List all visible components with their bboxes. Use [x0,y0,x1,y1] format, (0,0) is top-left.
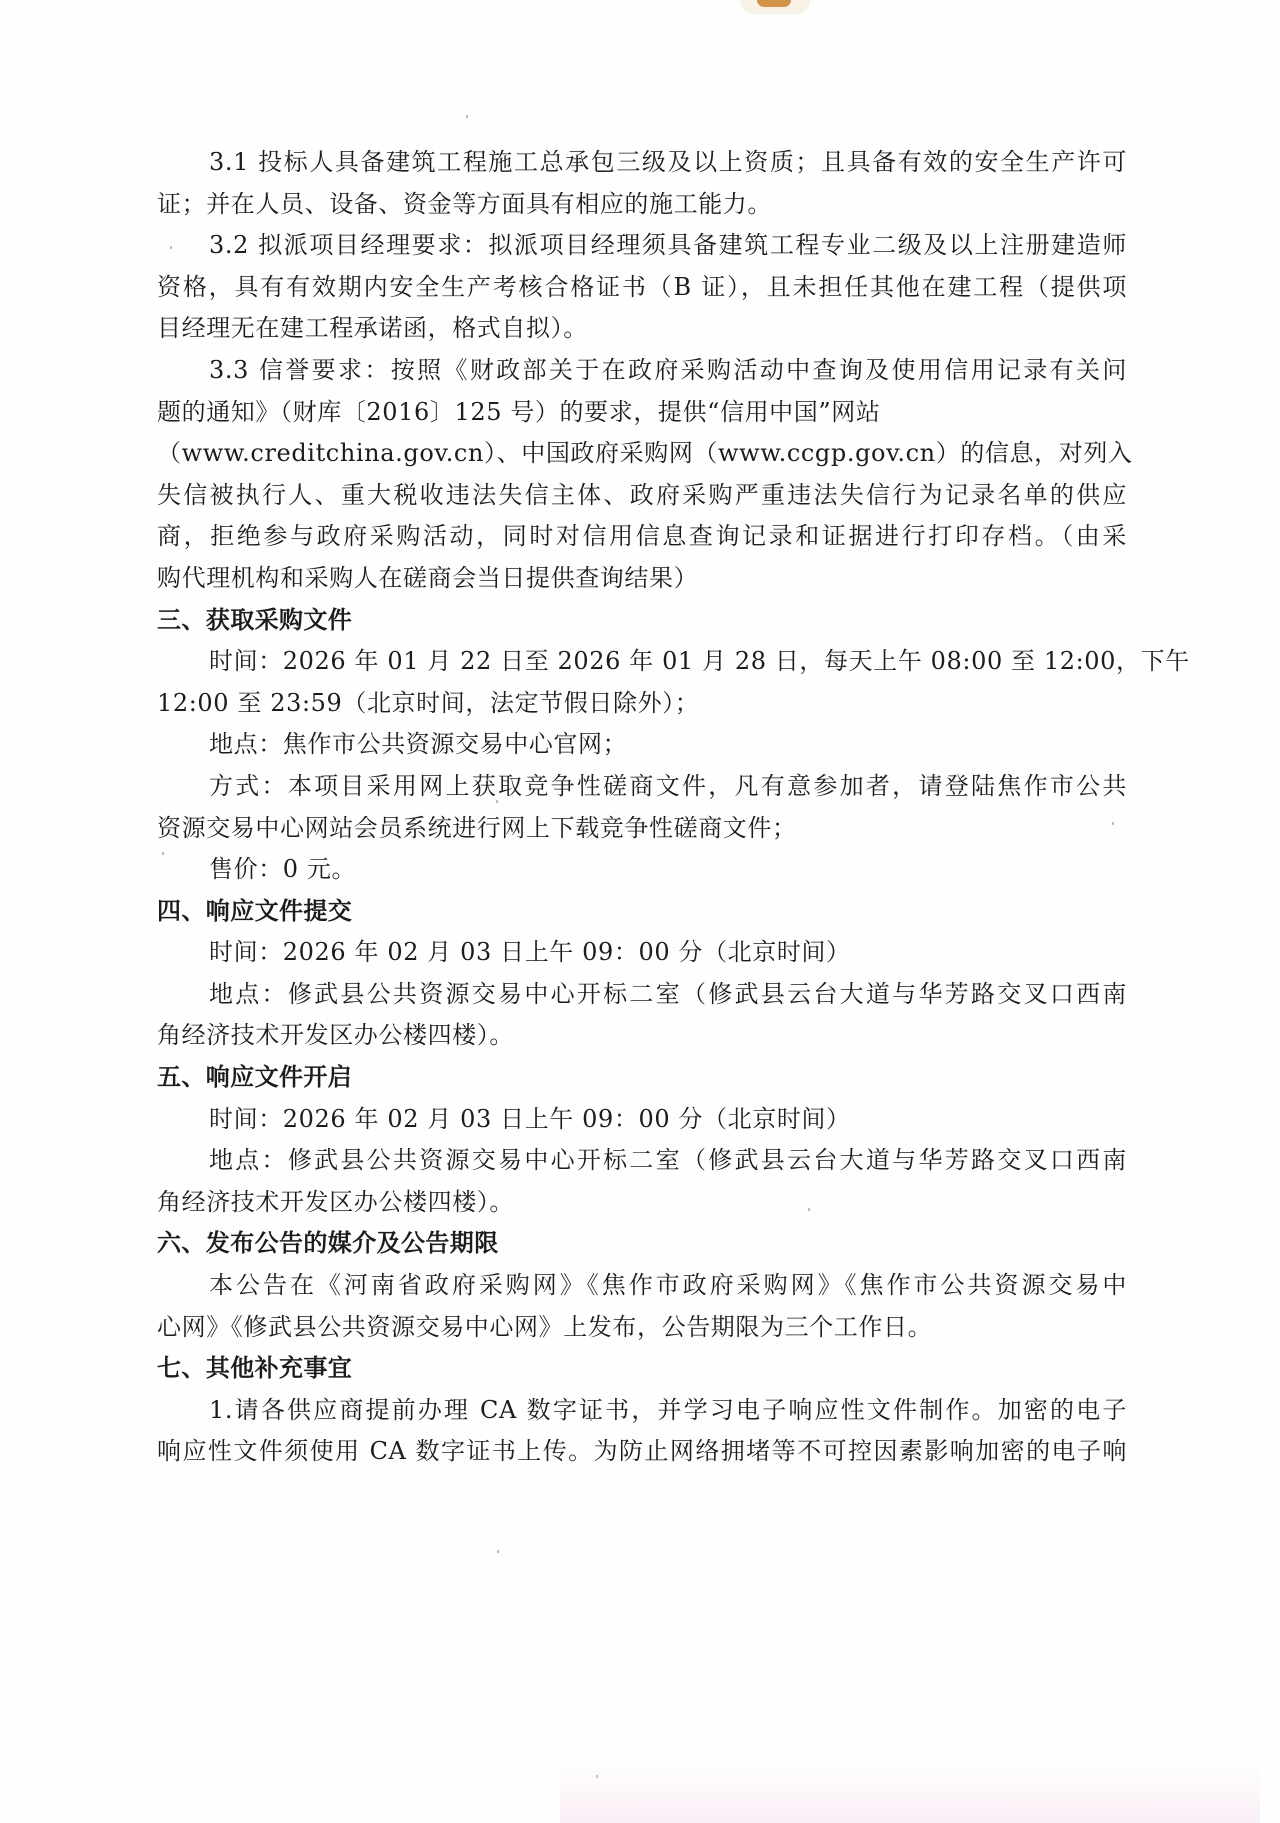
obtain-time-line-2: 12:00 至 23:59（北京时间，法定节假日除外）； [157,683,1127,725]
opening-location-line-2: 角经济技术开发区办公楼四楼）。 [157,1182,1127,1224]
paragraph-3-3-line-4: 失信被执行人、重大税收违法失信主体、政府采购严重违法失信行为记录名单的供应 [157,475,1127,517]
paragraph-3-3-line-1: 3.3 信誉要求：按照《财政部关于在政府采购活动中查询及使用信用记录有关问 [157,350,1127,392]
paragraph-3-3-line-6: 购代理机构和采购人在磋商会当日提供查询结果） [157,558,1127,600]
scan-speck [590,1418,592,1421]
paragraph-3-2-line-3: 目经理无在建工程承诺函，格式自拟）。 [157,308,1127,350]
scan-speck [808,1208,810,1211]
opening-location-line-1: 地点：修武县公共资源交易中心开标二室（修武县云台大道与华芳路交叉口西南 [157,1140,1127,1182]
scanned-page: 3.1 投标人具备建筑工程施工总承包三级及以上资质；且具备有效的安全生产许可 证… [0,0,1280,1823]
section-heading-5: 五、响应文件开启 [157,1057,1127,1099]
supplement-1-line-1: 1.请各供应商提前办理 CA 数字证书，并学习电子响应性文件制作。加密的电子 [157,1390,1127,1432]
supplement-1-line-2: 响应性文件须使用 CA 数字证书上传。为防止网络拥堵等不可控因素影响加密的电子响 [157,1431,1127,1473]
media-line-2: 心网》《修武县公共资源交易中心网》上发布，公告期限为三个工作日。 [157,1307,1127,1349]
submit-time: 时间：2026 年 02 月 03 日上午 09：00 分（北京时间） [157,932,1127,974]
scan-speck [466,115,468,118]
media-line-1: 本公告在《河南省政府采购网》《焦作市政府采购网》《焦作市公共资源交易中 [157,1265,1127,1307]
stamp-bleed [560,1760,1260,1823]
opening-time: 时间：2026 年 02 月 03 日上午 09：00 分（北京时间） [157,1099,1127,1141]
paragraph-3-2-line-1: 3.2 拟派项目经理要求：拟派项目经理须具备建筑工程专业二级及以上注册建造师 [157,225,1127,267]
section-heading-3: 三、获取采购文件 [157,600,1127,642]
paragraph-3-3-line-3: （www.creditchina.gov.cn）、中国政府采购网（www.ccg… [157,433,1127,475]
scan-speck [1112,822,1114,825]
scan-speck [497,1550,499,1553]
scan-speck [162,852,164,855]
scan-speck [170,246,172,249]
obtain-method-line-2: 资源交易中心网站会员系统进行网上下载竞争性磋商文件； [157,808,1127,850]
section-heading-6: 六、发布公告的媒介及公告期限 [157,1223,1127,1265]
obtain-price: 售价：0 元。 [157,849,1127,891]
paragraph-3-3-line-2: 题的通知》（财库〔2016〕125 号）的要求，提供“信用中国”网站 [157,392,1127,434]
paragraph-3-1-line-2: 证；并在人员、设备、资金等方面具有相应的施工能力。 [157,184,1127,226]
paragraph-3-2-line-2: 资格，具有有效期内安全生产考核合格证书（B 证），且未担任其他在建工程（提供项 [157,267,1127,309]
paragraph-3-3-line-5: 商，拒绝参与政府采购活动，同时对信用信息查询记录和证据进行打印存档。（由采 [157,516,1127,558]
document-body: 3.1 投标人具备建筑工程施工总承包三级及以上资质；且具备有效的安全生产许可 证… [157,142,1127,1473]
submit-location-line-2: 角经济技术开发区办公楼四楼）。 [157,1015,1127,1057]
submit-location-line-1: 地点：修武县公共资源交易中心开标二室（修武县云台大道与华芳路交叉口西南 [157,974,1127,1016]
obtain-method-line-1: 方式：本项目采用网上获取竞争性磋商文件，凡有意参加者，请登陆焦作市公共 [157,766,1127,808]
obtain-location: 地点：焦作市公共资源交易中心官网； [157,724,1127,766]
scan-speck [496,800,498,803]
section-heading-7: 七、其他补充事宜 [157,1348,1127,1390]
paragraph-3-1-line-1: 3.1 投标人具备建筑工程施工总承包三级及以上资质；且具备有效的安全生产许可 [157,142,1127,184]
binding-mark [757,0,791,7]
obtain-time-line-1: 时间：2026 年 01 月 22 日至 2026 年 01 月 28 日，每天… [157,641,1127,683]
section-heading-4: 四、响应文件提交 [157,891,1127,933]
scan-speck [560,1412,562,1415]
